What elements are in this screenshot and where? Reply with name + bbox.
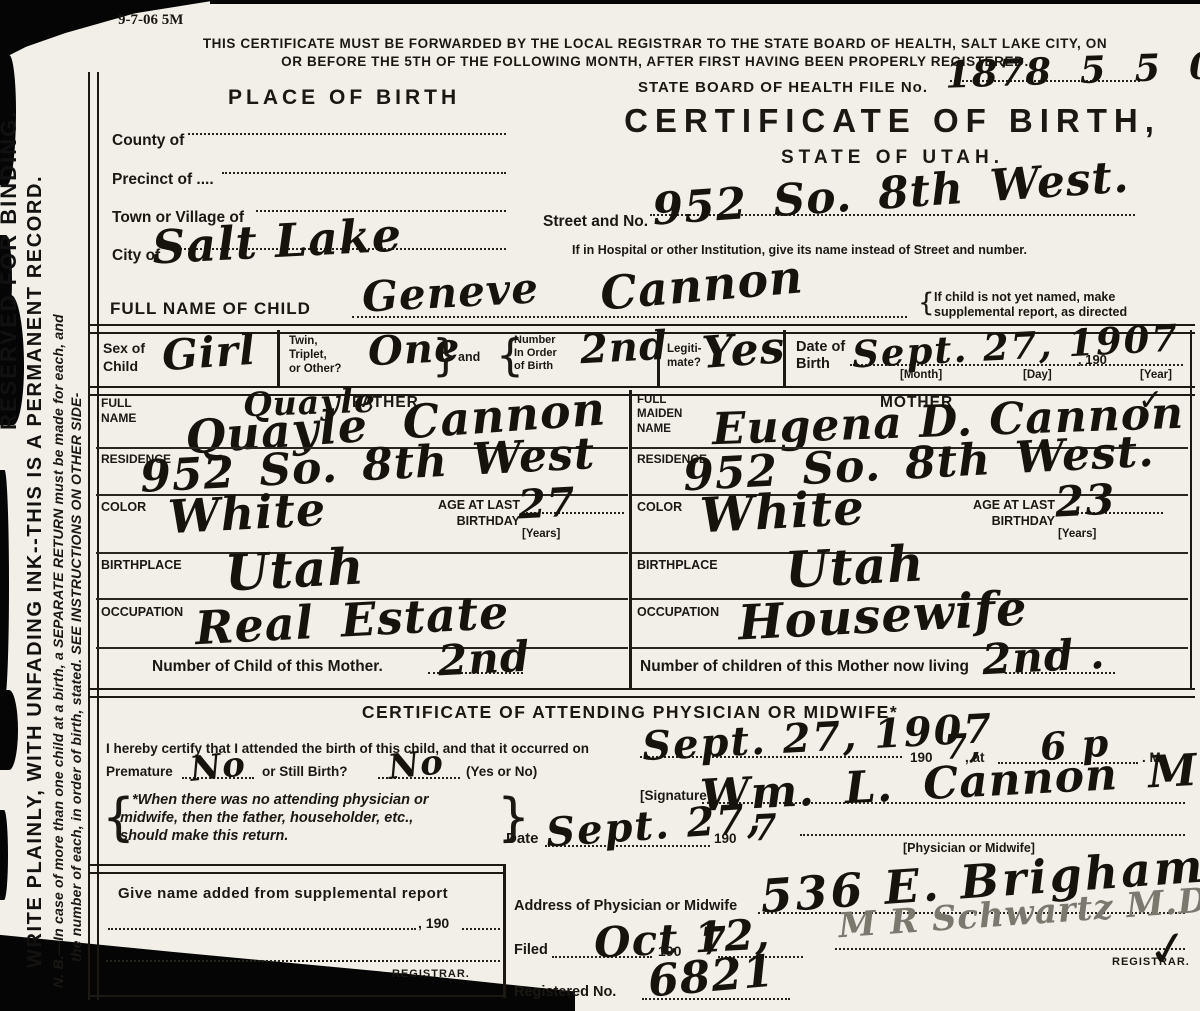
physician-note-line1: *When there was no attending physician o… (132, 792, 429, 808)
supplemental-printed-190: , 190 (418, 915, 449, 931)
supplemental-box-right-border (503, 864, 506, 998)
supplemental-line-1 (108, 928, 416, 930)
order-label: Number In Order of Birth (514, 334, 557, 374)
physician-note-line3: should make this return. (120, 828, 288, 844)
father-color-value: White (167, 486, 327, 540)
scan-left-blob-5 (0, 690, 18, 770)
premature-label: Premature (106, 764, 173, 779)
supplemental-box-top-rule (90, 864, 505, 874)
mother-birthplace-label: BIRTHPLACE (637, 558, 718, 572)
stillbirth-value: No (386, 745, 445, 785)
mother-color-value: White (699, 484, 866, 541)
margin-binding-text: RESERVED FOR BINDING. (0, 110, 22, 430)
row1-and-label: and (458, 350, 480, 364)
physician-midwife-line (800, 834, 1185, 836)
yes-or-no-label: (Yes or No) (466, 764, 537, 779)
registered-label: Registered No. (514, 984, 616, 1000)
father-occupation-rule (96, 647, 628, 649)
date-label: Date (506, 830, 539, 847)
street-label: Street and No. (543, 213, 648, 231)
physician-note-line2: midwife, then the father, householder, e… (120, 810, 413, 826)
scan-edge-top (210, 0, 1200, 4)
file-no-label: STATE BOARD OF HEALTH FILE No. (638, 79, 928, 96)
father-number-value: 2nd (437, 636, 531, 683)
registrar-right-line (835, 948, 1185, 950)
child-note-brace: { (918, 288, 935, 318)
supplemental-box-bottom-rule (90, 995, 505, 997)
date-printed-190: 190 (714, 831, 737, 846)
child-last-name-value: Cannon (598, 253, 805, 317)
father-age-label: AGE AT LAST BIRTHDAY (420, 497, 520, 530)
mother-name-label: FULL MAIDEN NAME (637, 393, 682, 436)
county-line (188, 133, 506, 135)
stillbirth-label: or Still Birth? (262, 764, 348, 779)
sex-label: Sex of Child (103, 340, 145, 375)
supplemental-label: Give name added from supplemental report (118, 885, 448, 902)
scan-edge-bottom-wedge (0, 930, 575, 1011)
order-value: 2nd (579, 326, 669, 371)
mother-number-label: Number of children of this Mother now li… (640, 658, 969, 676)
father-name-label: FULL NAME (101, 396, 136, 426)
registered-value: 6821 (646, 950, 776, 1005)
form-left-border (88, 72, 99, 1000)
child-note-line2: supplemental report, as directed (934, 305, 1127, 319)
precinct-label: Precinct of .... (112, 171, 214, 189)
filed-label: Filed (514, 942, 548, 958)
mother-occupation-label: OCCUPATION (637, 605, 719, 619)
legitimate-value: Yes (701, 326, 787, 376)
certify-text: I hereby certify that I attended the bir… (106, 741, 589, 756)
scan-left-blob-4 (0, 470, 9, 700)
premature-value: No (188, 747, 247, 787)
dob-day-bracket: [Day] (1023, 369, 1052, 381)
margin-nb-line2: the number of each, in order of birth, s… (68, 393, 84, 962)
father-number-label: Number of Child of this Mother. (152, 658, 383, 676)
file-no-value: 1878 5 5 0 (944, 47, 1200, 93)
mother-years-bracket: [Years] (1058, 528, 1096, 540)
parent-bottom-rule (90, 688, 1195, 698)
father-birthplace-value: Utah (224, 541, 366, 598)
father-birthplace-label: BIRTHPLACE (101, 558, 182, 572)
certificate-title: CERTIFICATE OF BIRTH, (585, 102, 1200, 140)
mother-age-value: 23 (1054, 478, 1117, 523)
scan-edge-top-left (0, 0, 218, 60)
row1-divider-1 (277, 330, 280, 388)
margin-nb-line1: N. B.—In case of more than one child at … (50, 314, 66, 988)
date-year-value: 7 (751, 809, 779, 846)
form-code: 9-7-06 5M (118, 12, 183, 29)
bottom-check-mark: ✓ (1145, 922, 1192, 975)
dob-label: Date of Birth (796, 339, 845, 374)
dob-year-bracket: [Year] (1140, 369, 1172, 381)
child-name-label: FULL NAME OF CHILD (110, 299, 311, 319)
county-label: County of (112, 132, 184, 150)
mother-color-label: COLOR (637, 500, 682, 514)
child-note-line1: If child is not yet named, make (934, 290, 1115, 304)
twin-label: Twin, Triplet, or Other? (289, 335, 341, 376)
precinct-line (222, 172, 506, 174)
legitimate-label: Legiti- mate? (667, 343, 702, 371)
scan-left-blob-6 (0, 810, 8, 900)
supplemental-registrar-label: REGISTRAR. (392, 968, 470, 980)
place-of-birth-heading: PLACE OF BIRTH (228, 86, 460, 110)
city-value: Salt Lake (151, 211, 403, 270)
birth-certificate-scan: RESERVED FOR BINDING. WRITE PLAINLY, WIT… (0, 0, 1200, 1011)
parent-center-divider (629, 390, 632, 690)
father-color-label: COLOR (101, 500, 146, 514)
mother-age-label: AGE AT LAST BIRTHDAY (950, 497, 1055, 530)
supplemental-line-1b (462, 928, 500, 930)
father-age-value: 27 (517, 483, 577, 526)
row1-brace-close: } (432, 330, 460, 381)
mother-number-value: 2nd . (981, 633, 1106, 681)
dob-month-bracket: [Month] (900, 369, 942, 381)
sex-value: Girl (161, 329, 258, 377)
table-right-border (1190, 330, 1192, 690)
address-label: Address of Physician or Midwife (514, 898, 737, 914)
child-first-name-value: Geneve (361, 267, 540, 318)
father-years-bracket: [Years] (522, 528, 560, 540)
supplemental-line-2 (106, 960, 500, 962)
margin-write-plainly-text: WRITE PLAINLY, WITH UNFADING INK--THIS I… (24, 175, 47, 968)
father-occupation-label: OCCUPATION (101, 605, 183, 619)
